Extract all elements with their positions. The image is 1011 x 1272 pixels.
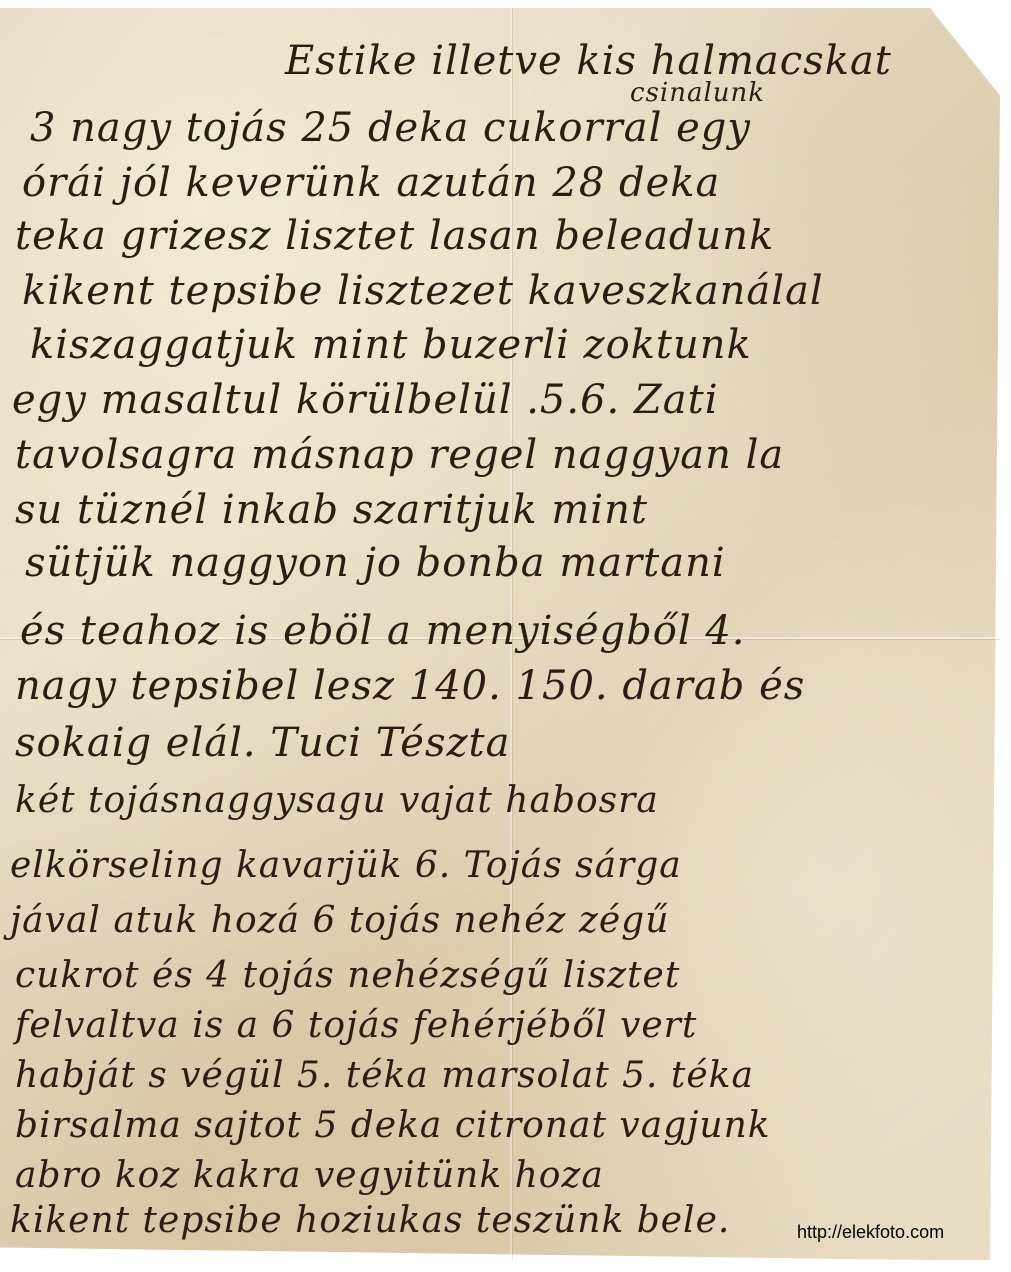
text-line-20: abro koz kakra vegyitünk hoza [15,1155,604,1196]
text-line-2: órái jól keverünk azután 28 deka [22,160,720,206]
text-line-8: su tüznél inkab szaritjuk mint [15,487,648,533]
text-line-11: nagy tepsibel lesz 140. 150. darab és [15,663,805,709]
text-line-10: és teahoz is eböl a menyiségből 4. [20,608,746,654]
text-line-5: kiszaggatjuk mint buzerli zoktunk [30,322,752,368]
text-line-15: jával atuk hozá 6 tojás nehéz zégű [10,900,669,941]
text-line-6: egy masaltul körülbelül .5.6. Zati [12,377,718,423]
text-line-17: felvaltva is a 6 tojás fehérjéből vert [15,1005,697,1046]
text-line-18: habját s végül 5. téka marsolat 5. téka [15,1055,754,1096]
subtitle-line: csinalunk [630,78,765,108]
text-line-9: sütjük naggyon jo bonba martani [25,540,726,586]
text-line-7: tavolsagra másnap regel naggyan la [15,432,784,478]
title-line: Estike illetve kis halmacskat [285,38,892,84]
watermark-url: http://elekfoto.com [797,1222,944,1243]
text-line-14: elkörseling kavarjük 6. Tojás sárga [10,845,682,886]
text-line-3: teka grizesz lisztet lasan beleadunk [15,213,774,259]
text-line-1: 3 nagy tojás 25 deka cukorral egy [30,105,751,151]
text-line-21: kikent tepsibe hoziukas teszünk bele. [10,1200,730,1241]
text-line-16: cukrot és 4 tojás nehézségű lisztet [15,955,680,996]
text-line-19: birsalma sajtot 5 deka citronat vagjunk [15,1105,771,1146]
text-line-4: kikent tepsibe lisztezet kaveszkanálal [22,268,824,314]
text-line-13: két tojásnaggysagu vajat habosra [15,780,659,821]
text-line-12: sokaig elál. Tuci Tészta [15,720,510,766]
